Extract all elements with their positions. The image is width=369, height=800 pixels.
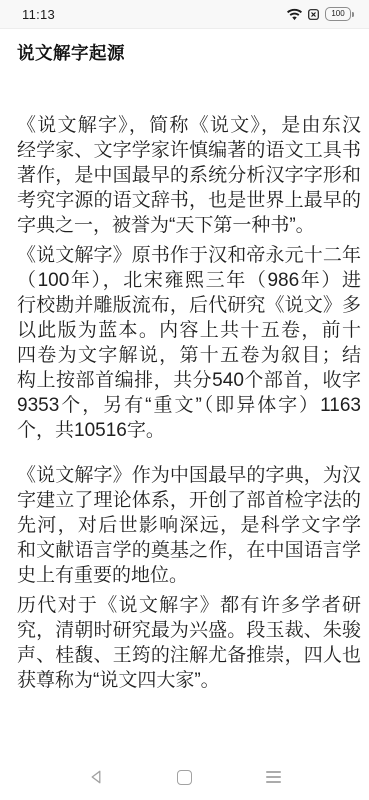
battery-level: 100 bbox=[331, 10, 344, 18]
text-line: 行校勘并雕版流布，后代研究《说文》多 bbox=[17, 293, 361, 318]
navigation-bar bbox=[0, 754, 369, 800]
text-line: 史上有重要的地位。 bbox=[17, 563, 361, 588]
battery-nub bbox=[352, 12, 354, 17]
text-line: 四卷为文字解说，第十五卷为叙目；结 bbox=[17, 343, 361, 368]
wifi-icon bbox=[287, 8, 302, 21]
back-button[interactable] bbox=[88, 769, 104, 785]
text-line: 历代对于《说文解字》都有许多学者研 bbox=[17, 593, 361, 618]
text-line: 以此版为蓝本。内容上共十五卷，前十 bbox=[17, 318, 361, 343]
text-line: 经学家、文字学家许慎编著的语文工具书 bbox=[17, 138, 361, 163]
text-line: 构上按部首编排，共分540个部首，收字 bbox=[17, 368, 361, 393]
battery-icon: 100 bbox=[325, 7, 354, 21]
no-sim-icon bbox=[308, 9, 319, 20]
article-body: 《说文解字》，简称《说文》，是由东汉经学家、文字学家许慎编著的语文工具书著作，是… bbox=[17, 113, 361, 693]
text-line: 究，清朝时研究最为兴盛。段玉裁、朱骏 bbox=[17, 618, 361, 643]
status-bar: 11:13 100 bbox=[0, 0, 369, 29]
home-button[interactable] bbox=[177, 769, 193, 785]
status-icons: 100 bbox=[287, 7, 354, 21]
menu-button[interactable] bbox=[266, 769, 282, 785]
page-title: 说文解字起源 bbox=[17, 44, 361, 62]
paragraph: 《说文解字》作为中国最早的字典，为汉字建立了理论体系，开创了部首检字法的先河，对… bbox=[17, 463, 361, 588]
back-icon bbox=[89, 769, 102, 785]
home-icon bbox=[177, 770, 192, 785]
text-line: 《说文解字》，简称《说文》，是由东汉 bbox=[17, 113, 361, 138]
paragraph: 历代对于《说文解字》都有许多学者研究，清朝时研究最为兴盛。段玉裁、朱骏声、桂馥、… bbox=[17, 593, 361, 693]
text-line: 先河，对后世影响深远，是科学文字学 bbox=[17, 513, 361, 538]
text-line: 获尊称为“说文四大家”。 bbox=[17, 668, 361, 693]
clock-text: 11:13 bbox=[22, 7, 55, 22]
text-line: 《说文解字》作为中国最早的字典，为汉 bbox=[17, 463, 361, 488]
battery-body: 100 bbox=[325, 7, 351, 21]
text-line: 和文献语言学的奠基之作，在中国语言学 bbox=[17, 538, 361, 563]
paragraph: 《说文解字》原书作于汉和帝永元十二年（100年），北宋雍熙三年（986年）进行校… bbox=[17, 243, 361, 443]
text-line: （100年），北宋雍熙三年（986年）进 bbox=[17, 268, 361, 293]
text-line: 《说文解字》原书作于汉和帝永元十二年 bbox=[17, 243, 361, 268]
paragraph: 《说文解字》，简称《说文》，是由东汉经学家、文字学家许慎编著的语文工具书著作，是… bbox=[17, 113, 361, 238]
text-line: 9353个，另有“重文”（即异体字）1163 bbox=[17, 393, 361, 418]
text-line: 声、桂馥、王筠的注解尤备推崇，四人也 bbox=[17, 643, 361, 668]
text-line: 个，共10516字。 bbox=[17, 418, 361, 443]
text-line: 著作，是中国最早的系统分析汉字字形和 bbox=[17, 163, 361, 188]
text-line: 考究字源的语文辞书，也是世界上最早的 bbox=[17, 188, 361, 213]
text-line: 字典之一，被誉为“天下第一种书”。 bbox=[17, 213, 361, 238]
article-content[interactable]: 说文解字起源 《说文解字》，简称《说文》，是由东汉经学家、文字学家许慎编著的语文… bbox=[0, 44, 369, 693]
text-line: 字建立了理论体系，开创了部首检字法的 bbox=[17, 488, 361, 513]
menu-icon bbox=[266, 771, 281, 783]
